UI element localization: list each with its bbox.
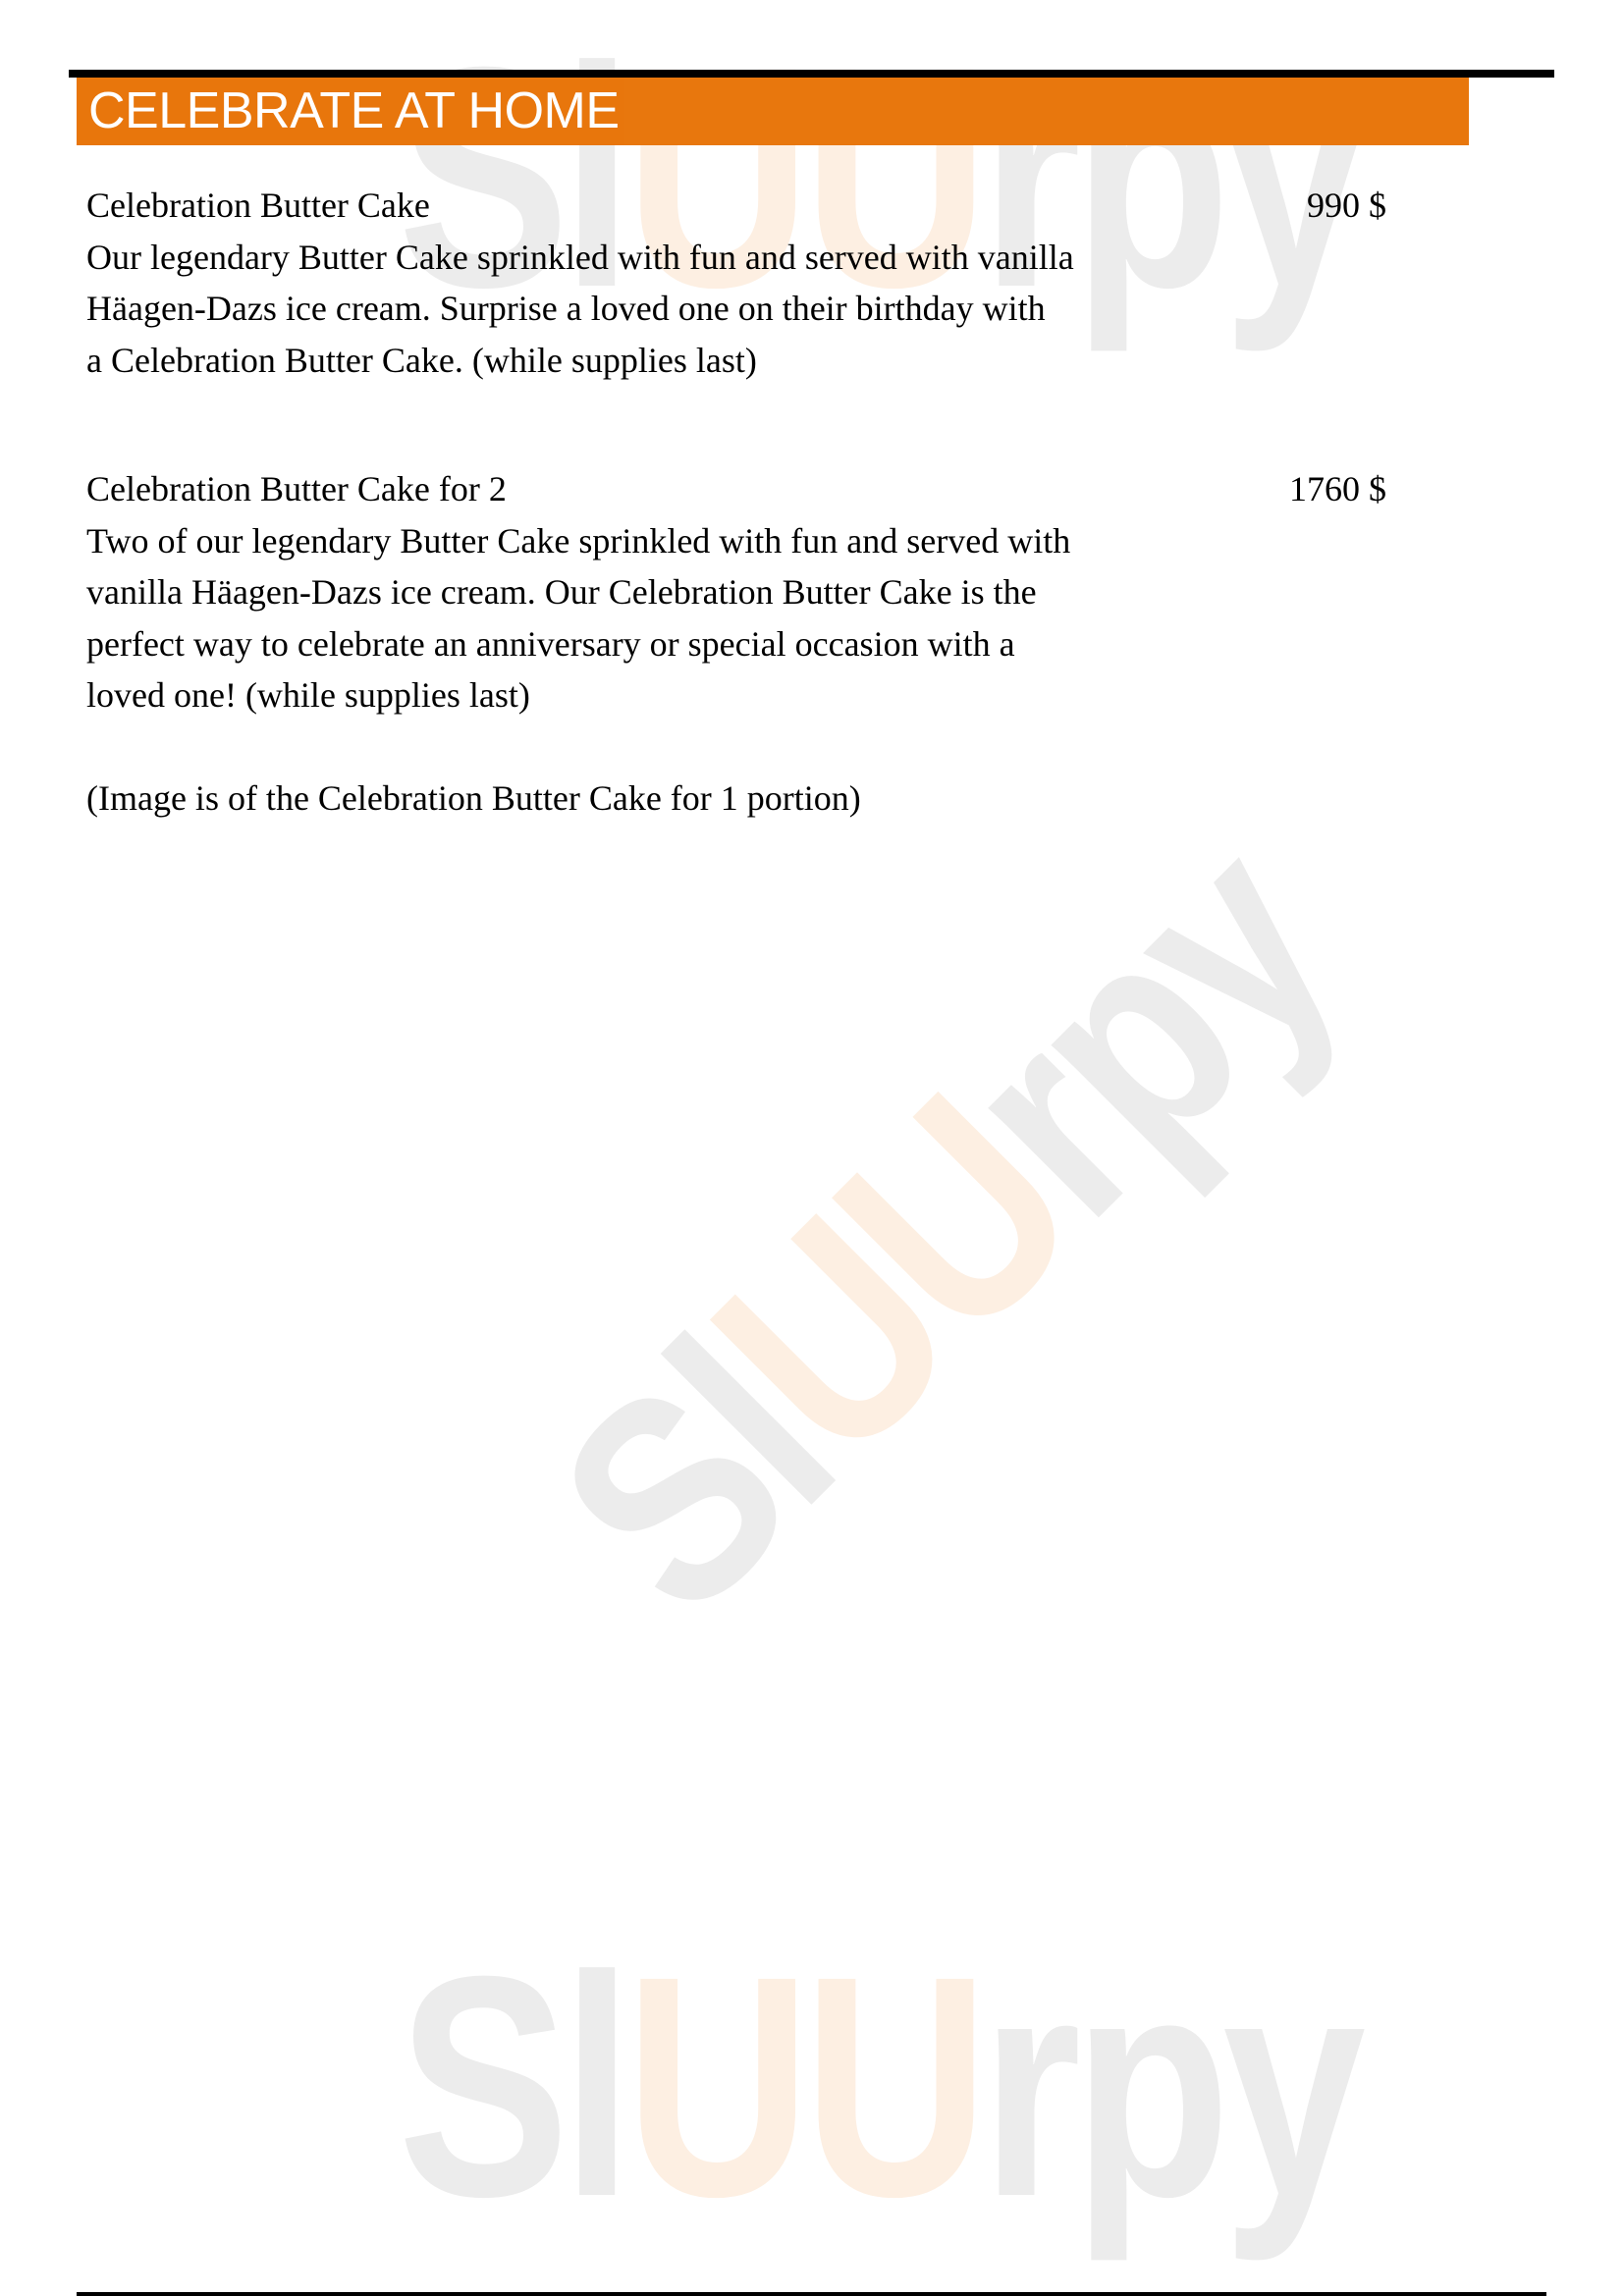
menu-item-name: Celebration Butter Cake (86, 180, 1392, 232)
menu-item-description: Two of our legendary Butter Cake sprinkl… (86, 515, 1392, 721)
menu-item: Celebration Butter Cake 990 $ Our legend… (86, 180, 1392, 386)
section-title: CELEBRATE AT HOME (88, 85, 620, 136)
image-note: (Image is of the Celebration Butter Cake… (86, 773, 861, 825)
menu-item: Celebration Butter Cake for 2 1760 $ Two… (86, 463, 1392, 721)
section-header: CELEBRATE AT HOME (77, 78, 1469, 145)
menu-item-name: Celebration Butter Cake for 2 (86, 463, 1392, 515)
menu-item-price: 990 $ (1307, 180, 1386, 232)
menu-item-price: 1760 $ (1289, 463, 1386, 515)
bottom-divider (77, 2292, 1546, 2296)
menu-item-description: Our legendary Butter Cake sprinkled with… (86, 232, 1392, 387)
watermark-logo-bottom: SlUUrpy (398, 1929, 1358, 2243)
watermark-logo-middle: SlUUrpy (511, 796, 1376, 1661)
top-divider (69, 70, 1554, 78)
